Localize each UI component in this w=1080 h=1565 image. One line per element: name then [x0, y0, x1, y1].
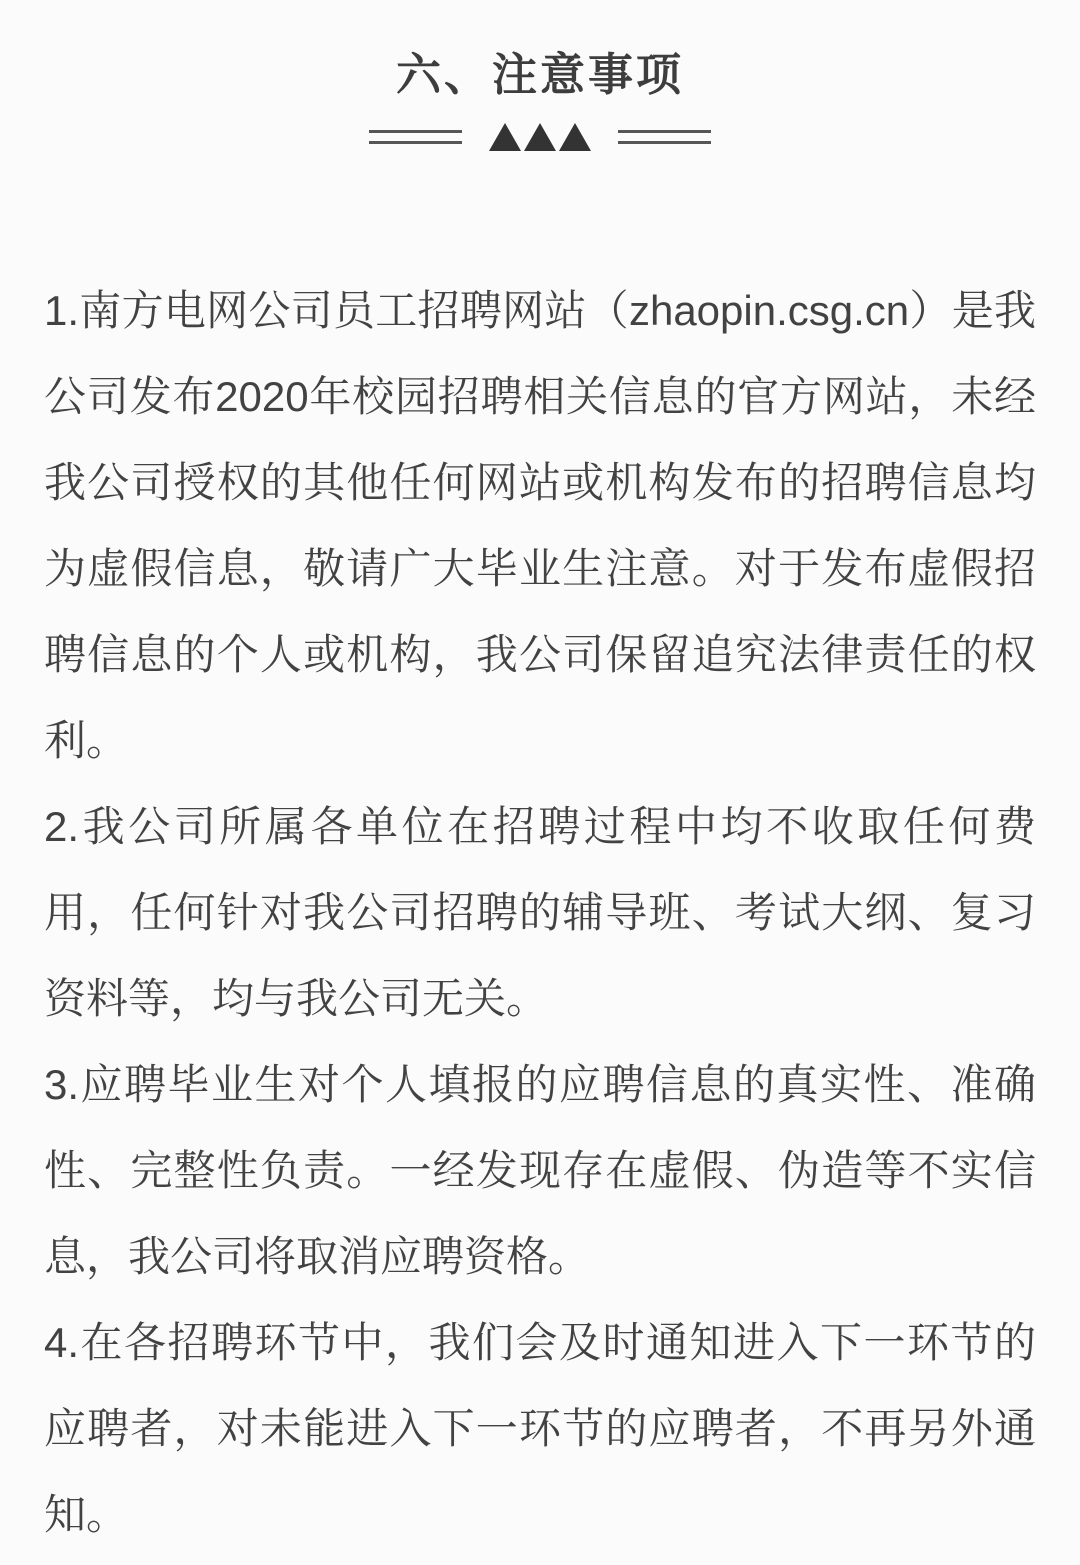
triangle-icon [524, 123, 556, 151]
triple-triangle-icon [489, 123, 591, 151]
section-header: 六、注意事项 [0, 0, 1080, 154]
divider-double-line-right-icon [618, 130, 711, 144]
notes-section: 1.南方电网公司员工招聘网站（zhaopin.csg.cn）是我公司发布2020… [0, 268, 1080, 1558]
divider-double-line-left-icon [369, 130, 462, 144]
section-divider [0, 120, 1080, 154]
note-paragraph-2: 2.我公司所属各单位在招聘过程中均不收取任何费用，任何针对我公司招聘的辅导班、考… [44, 784, 1036, 1042]
triangle-icon [489, 123, 521, 151]
note-paragraph-3: 3.应聘毕业生对个人填报的应聘信息的真实性、准确性、完整性负责。一经发现存在虚假… [44, 1042, 1036, 1300]
article-page: 六、注意事项 1.南方电网公司员工招聘网站（zhaopin.csg.cn）是我公… [0, 0, 1080, 1565]
note-paragraph-4: 4.在各招聘环节中，我们会及时通知进入下一环节的应聘者，对未能进入下一环节的应聘… [44, 1300, 1036, 1558]
page-title: 六、注意事项 [0, 38, 1080, 103]
note-paragraph-1: 1.南方电网公司员工招聘网站（zhaopin.csg.cn）是我公司发布2020… [44, 268, 1036, 784]
triangle-icon [559, 123, 591, 151]
